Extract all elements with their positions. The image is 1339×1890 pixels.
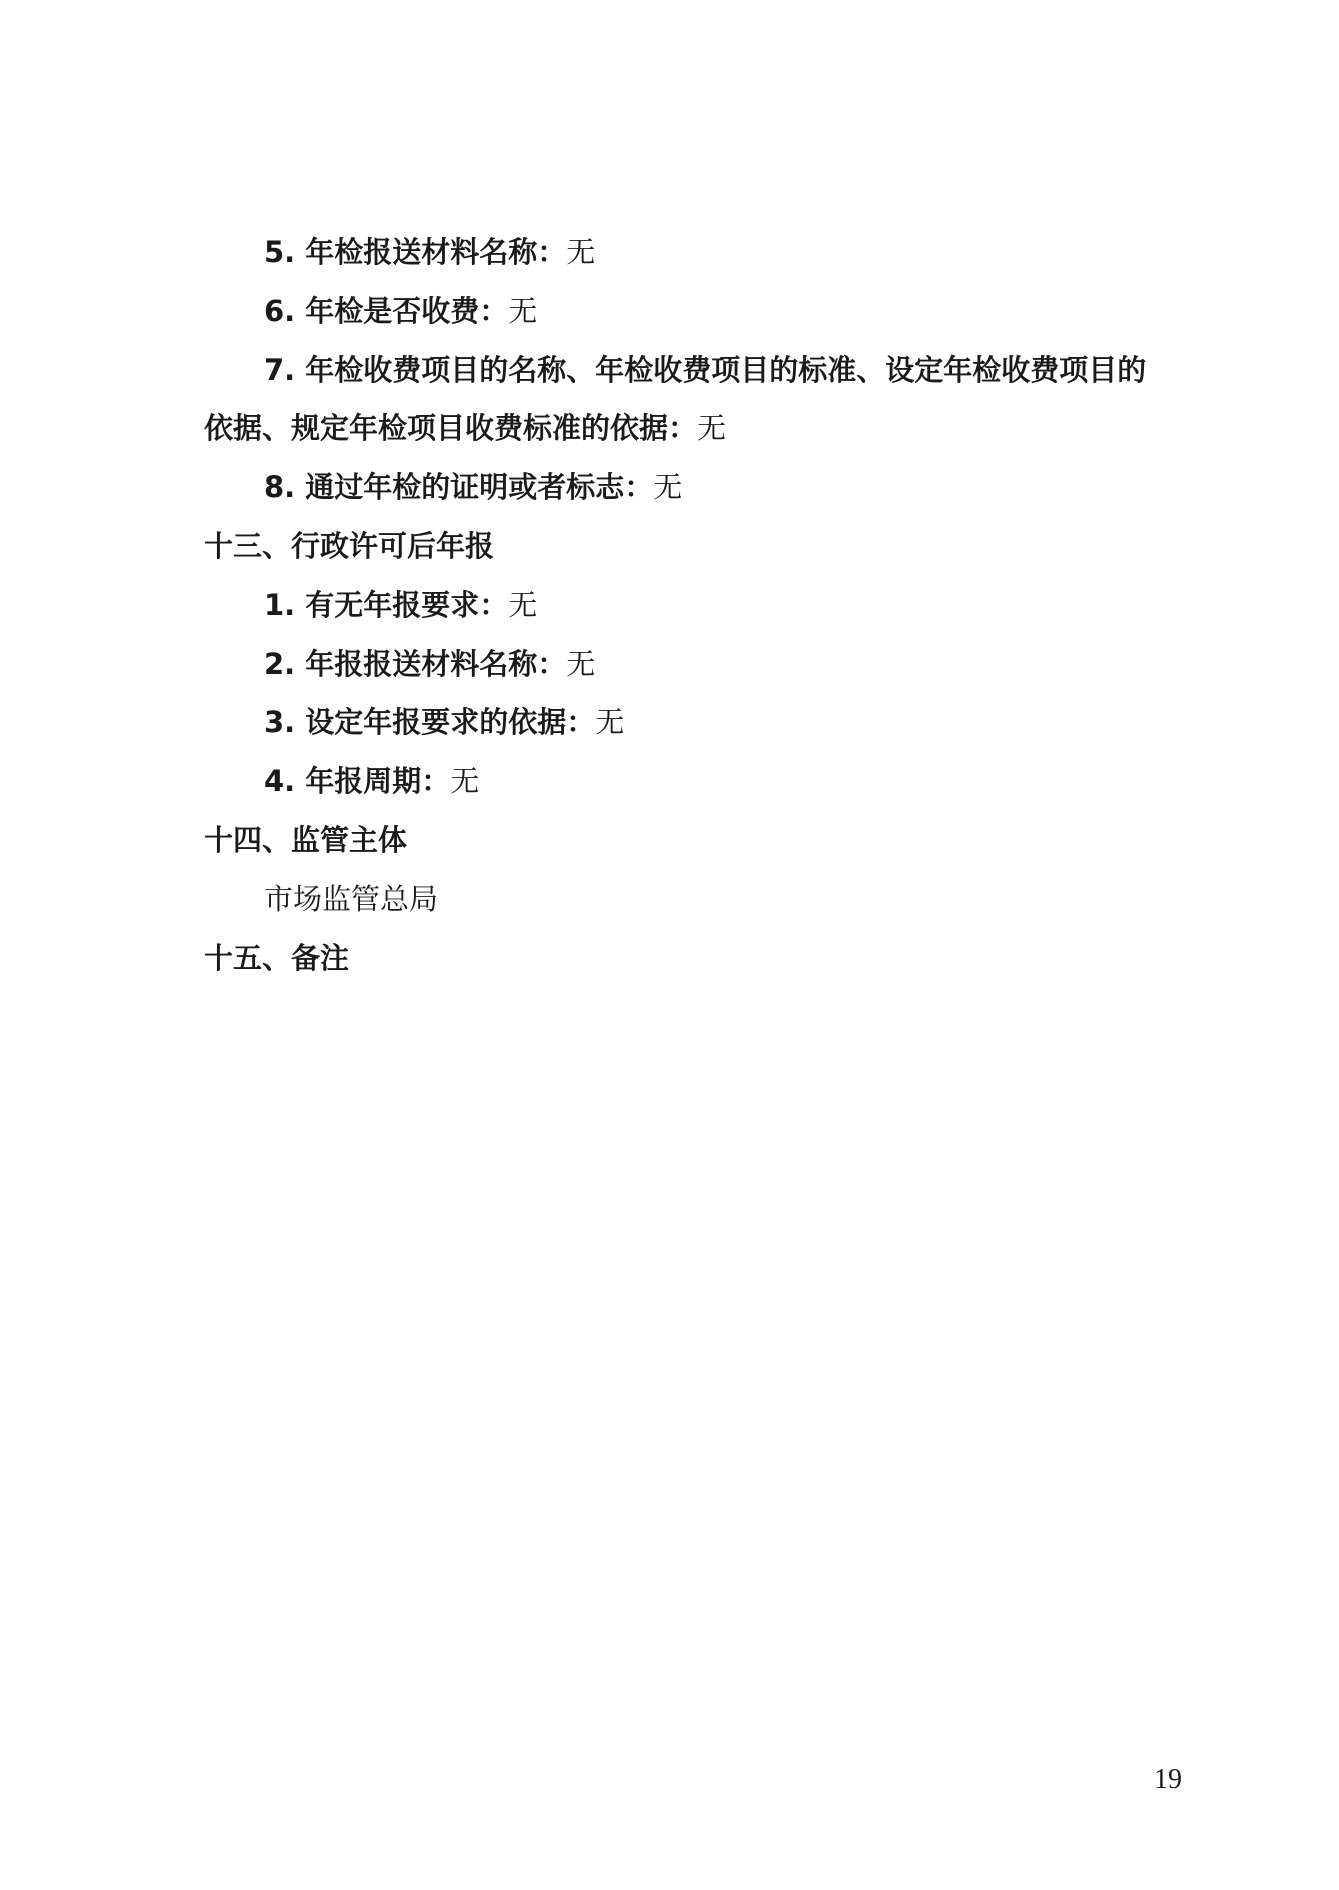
line-value: 无 [697,411,726,445]
section-heading-14: 十四、监管主体 [204,820,407,860]
line-value: 市场监管总局 [264,882,438,916]
section-heading-13: 十三、行政许可后年报 [204,526,494,566]
heading-text: 十三、行政许可后年报 [204,529,494,563]
line-annual-report-materials: 2. 年报报送材料名称：无 [264,644,595,684]
line-label: 5. 年检报送材料名称： [264,235,566,269]
page-number: 19 [1154,1764,1182,1796]
line-value: 无 [595,705,624,739]
line-value: 无 [566,235,595,269]
line-annual-report-period: 4. 年报周期：无 [264,761,479,801]
line-label: 3. 设定年报要求的依据： [264,705,595,739]
line-fee-items: 7. 年检收费项目的名称、年检收费项目的标准、设定年检收费项目的 [264,350,1146,390]
line-label: 1. 有无年报要求： [264,588,508,622]
line-supervisor: 市场监管总局 [264,879,438,919]
line-annual-report-required: 1. 有无年报要求：无 [264,585,537,625]
line-label: 8. 通过年检的证明或者标志： [264,470,653,504]
line-annual-inspection-fee: 6. 年检是否收费：无 [264,291,537,331]
document-page: 5. 年检报送材料名称：无 6. 年检是否收费：无 7. 年检收费项目的名称、年… [0,0,1339,1890]
line-label: 2. 年报报送材料名称： [264,647,566,681]
line-value: 无 [450,764,479,798]
line-inspection-certificate: 8. 通过年检的证明或者标志：无 [264,467,682,507]
line-annual-report-basis: 3. 设定年报要求的依据：无 [264,702,624,742]
line-label: 7. 年检收费项目的名称、年检收费项目的标准、设定年检收费项目的 [264,353,1146,387]
line-value: 无 [508,294,537,328]
line-value: 无 [508,588,537,622]
line-label: 4. 年报周期： [264,764,450,798]
line-annual-inspection-materials: 5. 年检报送材料名称：无 [264,232,595,272]
heading-text: 十四、监管主体 [204,823,407,857]
line-value: 无 [566,647,595,681]
line-fee-basis: 依据、规定年检项目收费标准的依据：无 [204,408,726,448]
section-heading-15: 十五、备注 [204,938,349,978]
line-label: 依据、规定年检项目收费标准的依据： [204,411,697,445]
line-label: 6. 年检是否收费： [264,294,508,328]
line-value: 无 [653,470,682,504]
heading-text: 十五、备注 [204,941,349,975]
